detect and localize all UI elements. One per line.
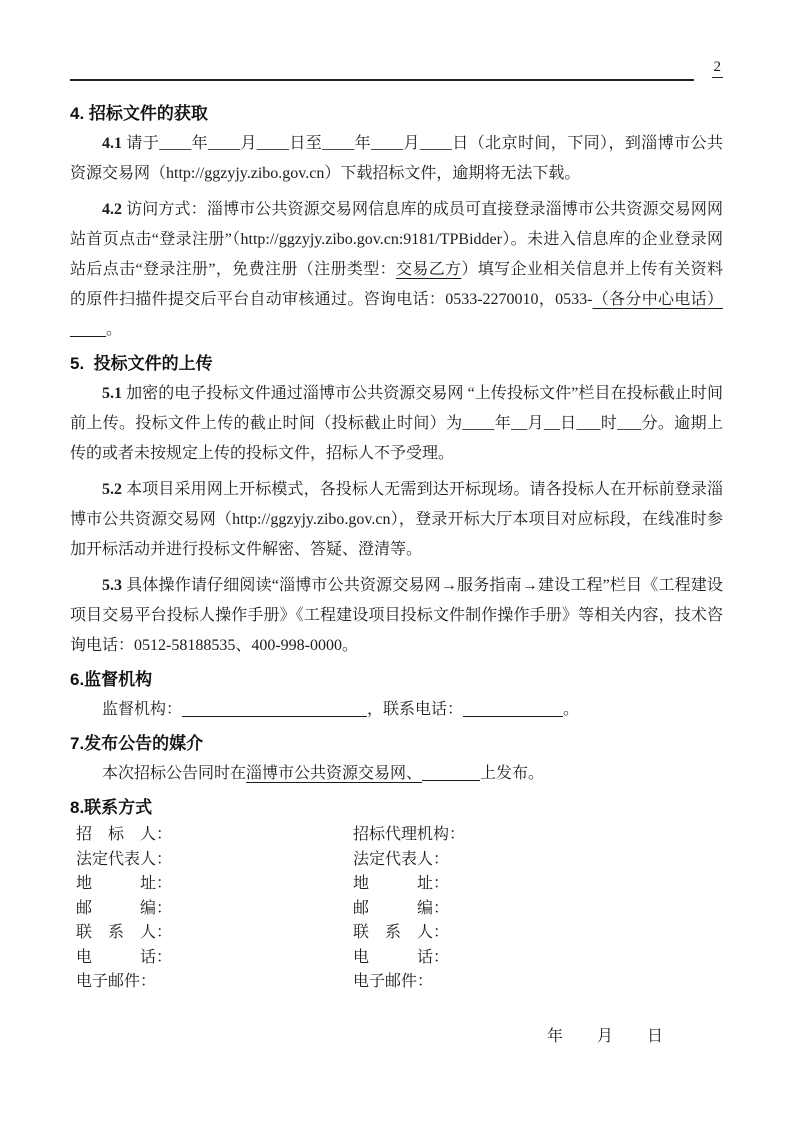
label-agency-legal-rep: 法定代表人：: [353, 848, 723, 873]
label-agency-phone: 电 话：: [353, 946, 723, 971]
label-agency-address: 地 址：: [353, 872, 723, 897]
year-label: 年: [547, 1023, 563, 1046]
section-5-heading: 5. 投标文件的上传: [70, 353, 723, 375]
para-6-1: 监督机构：，联系电话：。: [70, 695, 723, 725]
contact-columns: 招 标 人： 法定代表人： 地 址： 邮 编： 联 系 人： 电 话： 电子邮件…: [70, 823, 723, 995]
label-agency-contact: 联 系 人：: [353, 921, 723, 946]
para-5-1: 5.1 加密的电子投标文件通过淄博市公共资源交易网 “上传投标文件”栏目在投标截…: [70, 379, 723, 469]
label-email: 电子邮件：: [76, 970, 353, 995]
date-line: 年 月 日: [70, 1023, 723, 1046]
label-legal-rep: 法定代表人：: [76, 848, 353, 873]
section-4-heading: 4. 招标文件的获取: [70, 103, 723, 125]
bidder-column: 招 标 人： 法定代表人： 地 址： 邮 编： 联 系 人： 电 话： 电子邮件…: [70, 823, 353, 995]
para-7-1: 本次招标公告同时在淄博市公共资源交易网、上发布。: [70, 759, 723, 789]
section-6-heading: 6.监督机构: [70, 669, 723, 691]
agency-column: 招标代理机构： 法定代表人： 地 址： 邮 编： 联 系 人： 电 话： 电子邮…: [353, 823, 723, 995]
label-agency-email: 电子邮件：: [353, 970, 723, 995]
section-8-heading: 8.联系方式: [70, 797, 723, 819]
label-postcode: 邮 编：: [76, 897, 353, 922]
label-agency: 招标代理机构：: [353, 823, 723, 848]
header-rule: [70, 79, 694, 81]
label-address: 地 址：: [76, 872, 353, 897]
section-announcement-media: 7.发布公告的媒介 本次招标公告同时在淄博市公共资源交易网、上发布。: [70, 733, 723, 789]
section-bid-submission: 5. 投标文件的上传 5.1 加密的电子投标文件通过淄博市公共资源交易网 “上传…: [70, 353, 723, 661]
para-5-2: 5.2 本项目采用网上开标模式，各投标人无需到达开标现场。请各投标人在开标前登录…: [70, 475, 723, 565]
page-content: 4. 招标文件的获取 4.1 请于____年____月____日至____年__…: [70, 95, 723, 1046]
para-4-2: 4.2 访问方式：淄博市公共资源交易网信息库的成员可直接登录淄博市公共资源交易网…: [70, 195, 723, 345]
label-agency-postcode: 邮 编：: [353, 897, 723, 922]
month-label: 月: [597, 1023, 613, 1046]
document-page: 2 4. 招标文件的获取 4.1 请于____年____月____日至____年…: [0, 0, 793, 1122]
label-phone: 电 话：: [76, 946, 353, 971]
section-contact-info: 8.联系方式 招 标 人： 法定代表人： 地 址： 邮 编： 联 系 人： 电 …: [70, 797, 723, 995]
day-label: 日: [647, 1023, 663, 1046]
label-bidder: 招 标 人：: [76, 823, 353, 848]
section-supervision-agency: 6.监督机构 监督机构：，联系电话：。: [70, 669, 723, 725]
label-contact-person: 联 系 人：: [76, 921, 353, 946]
para-5-3: 5.3 具体操作请仔细阅读“淄博市公共资源交易网→服务指南→建设工程”栏目《工程…: [70, 571, 723, 661]
section-obtaining-bid-documents: 4. 招标文件的获取 4.1 请于____年____月____日至____年__…: [70, 103, 723, 345]
section-7-heading: 7.发布公告的媒介: [70, 733, 723, 755]
para-4-1: 4.1 请于____年____月____日至____年____月____日（北京…: [70, 129, 723, 189]
page-number: 2: [712, 57, 724, 78]
